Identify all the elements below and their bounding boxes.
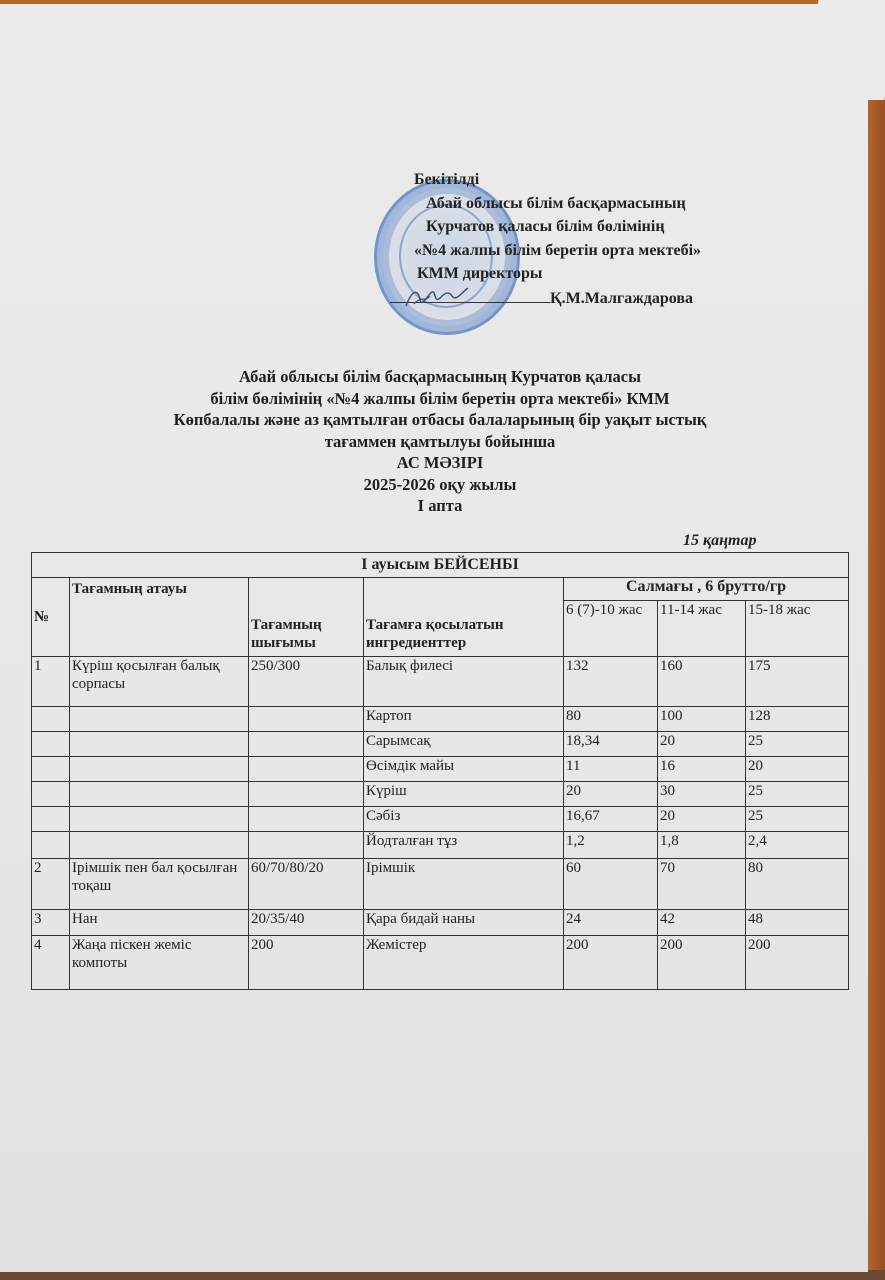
signature-icon [402, 284, 472, 310]
row-number: 2 [32, 859, 70, 910]
row-dish [70, 707, 249, 732]
menu-heading: АС МӘЗІРІ [60, 452, 820, 474]
title-line: Көпбалалы және аз қамтылған отбасы балал… [60, 409, 820, 431]
row-ingredient: Сарымсақ [364, 732, 564, 757]
row-output: 60/70/80/20 [249, 859, 364, 910]
row-dish: Жаңа піскен жеміс компоты [70, 936, 249, 990]
row-value-15-18: 25 [746, 732, 849, 757]
row-output: 20/35/40 [249, 910, 364, 936]
row-value-11-14: 200 [658, 936, 746, 990]
row-number [32, 732, 70, 757]
row-dish: Ірімшік пен бал қосылған тоқаш [70, 859, 249, 910]
row-number: 3 [32, 910, 70, 936]
row-number [32, 832, 70, 859]
row-ingredient: Балық филесі [364, 657, 564, 707]
table-row: 2 Ірімшік пен бал қосылған тоқаш 60/70/8… [32, 859, 849, 910]
row-value-15-18: 25 [746, 807, 849, 832]
row-number [32, 782, 70, 807]
row-dish [70, 782, 249, 807]
row-value-11-14: 20 [658, 732, 746, 757]
document-title: Абай облысы білім басқармасының Курчатов… [60, 366, 820, 517]
table-row: Күріш 20 30 25 [32, 782, 849, 807]
row-dish: Күріш қосылған балық сорпасы [70, 657, 249, 707]
row-output: 200 [249, 936, 364, 990]
table-row: Картоп 80 100 128 [32, 707, 849, 732]
row-number [32, 807, 70, 832]
approval-line: «№4 жалпы білім беретін орта мектебі» [414, 239, 701, 263]
row-ingredient: Картоп [364, 707, 564, 732]
row-output [249, 782, 364, 807]
row-value-11-14: 30 [658, 782, 746, 807]
row-output [249, 832, 364, 859]
row-number: 4 [32, 936, 70, 990]
table-row: 1 Күріш қосылған балық сорпасы 250/300 Б… [32, 657, 849, 707]
row-ingredient: Қара бидай наны [364, 910, 564, 936]
header-age-6-10: 6 (7)-10 жас [564, 601, 658, 657]
row-value-6-10: 60 [564, 859, 658, 910]
row-value-6-10: 20 [564, 782, 658, 807]
row-value-15-18: 80 [746, 859, 849, 910]
approval-title: Бекітілді [414, 168, 701, 192]
row-ingredient: Жемістер [364, 936, 564, 990]
signatory-name: Қ.М.Малгаждарова [550, 290, 693, 307]
row-value-11-14: 16 [658, 757, 746, 782]
approval-line: Курчатов қаласы білім бөлімінің [414, 215, 701, 239]
row-number [32, 707, 70, 732]
row-value-15-18: 20 [746, 757, 849, 782]
row-output [249, 732, 364, 757]
row-value-15-18: 48 [746, 910, 849, 936]
row-value-6-10: 1,2 [564, 832, 658, 859]
header-age-15-18: 15-18 жас [746, 601, 849, 657]
row-number: 1 [32, 657, 70, 707]
header-age-11-14: 11-14 жас [658, 601, 746, 657]
row-ingredient: Сәбіз [364, 807, 564, 832]
row-value-6-10: 11 [564, 757, 658, 782]
title-line: Абай облысы білім басқармасының Курчатов… [60, 366, 820, 388]
row-value-11-14: 160 [658, 657, 746, 707]
row-dish [70, 757, 249, 782]
row-value-6-10: 80 [564, 707, 658, 732]
row-ingredient: Күріш [364, 782, 564, 807]
row-value-6-10: 200 [564, 936, 658, 990]
row-number [32, 757, 70, 782]
approval-line: КММ директоры [414, 262, 701, 286]
header-ingredients: Тағамға қосылатын ингредиенттер [364, 578, 564, 657]
header-number: № [32, 578, 70, 657]
academic-year: 2025-2026 оқу жылы [60, 474, 820, 496]
title-line: тағаммен қамтылуы бойынша [60, 431, 820, 453]
table-row: Сарымсақ 18,34 20 25 [32, 732, 849, 757]
row-value-11-14: 42 [658, 910, 746, 936]
week-label: I апта [60, 495, 820, 517]
row-value-6-10: 24 [564, 910, 658, 936]
row-dish [70, 807, 249, 832]
row-value-15-18: 200 [746, 936, 849, 990]
row-ingredient: Йодталған тұз [364, 832, 564, 859]
approval-line: Абай облысы білім басқармасының [414, 192, 701, 216]
table-row: 3 Нан 20/35/40 Қара бидай наны 24 42 48 [32, 910, 849, 936]
row-value-15-18: 128 [746, 707, 849, 732]
menu-date: 15 қаңтар [683, 532, 756, 550]
shift-day-header: I ауысым БЕЙСЕНБІ [32, 553, 849, 578]
row-value-6-10: 16,67 [564, 807, 658, 832]
row-dish [70, 732, 249, 757]
row-output [249, 807, 364, 832]
title-line: білім бөлімінің «№4 жалпы білім беретін … [60, 388, 820, 410]
row-value-11-14: 1,8 [658, 832, 746, 859]
row-value-15-18: 25 [746, 782, 849, 807]
row-dish: Нан [70, 910, 249, 936]
row-value-6-10: 132 [564, 657, 658, 707]
table-row: Сәбіз 16,67 20 25 [32, 807, 849, 832]
header-output: Тағамның шығымы [249, 578, 364, 657]
row-output [249, 757, 364, 782]
row-dish [70, 832, 249, 859]
row-output: 250/300 [249, 657, 364, 707]
row-output [249, 707, 364, 732]
header-dish-name: Тағамның атауы [70, 578, 249, 657]
header-weight: Салмағы , 6 брутто/гр [564, 578, 849, 601]
row-ingredient: Өсімдік майы [364, 757, 564, 782]
menu-table: I ауысым БЕЙСЕНБІ № Тағамның атауы Тағам… [31, 552, 849, 990]
row-value-11-14: 100 [658, 707, 746, 732]
row-value-6-10: 18,34 [564, 732, 658, 757]
table-row: Йодталған тұз 1,2 1,8 2,4 [32, 832, 849, 859]
row-value-11-14: 20 [658, 807, 746, 832]
row-value-11-14: 70 [658, 859, 746, 910]
table-row: Өсімдік майы 11 16 20 [32, 757, 849, 782]
table-row: 4 Жаңа піскен жеміс компоты 200 Жемістер… [32, 936, 849, 990]
row-value-15-18: 2,4 [746, 832, 849, 859]
row-value-15-18: 175 [746, 657, 849, 707]
row-ingredient: Ірімшік [364, 859, 564, 910]
document-page: Бекітілді Абай облысы білім басқармасыны… [0, 4, 868, 1272]
